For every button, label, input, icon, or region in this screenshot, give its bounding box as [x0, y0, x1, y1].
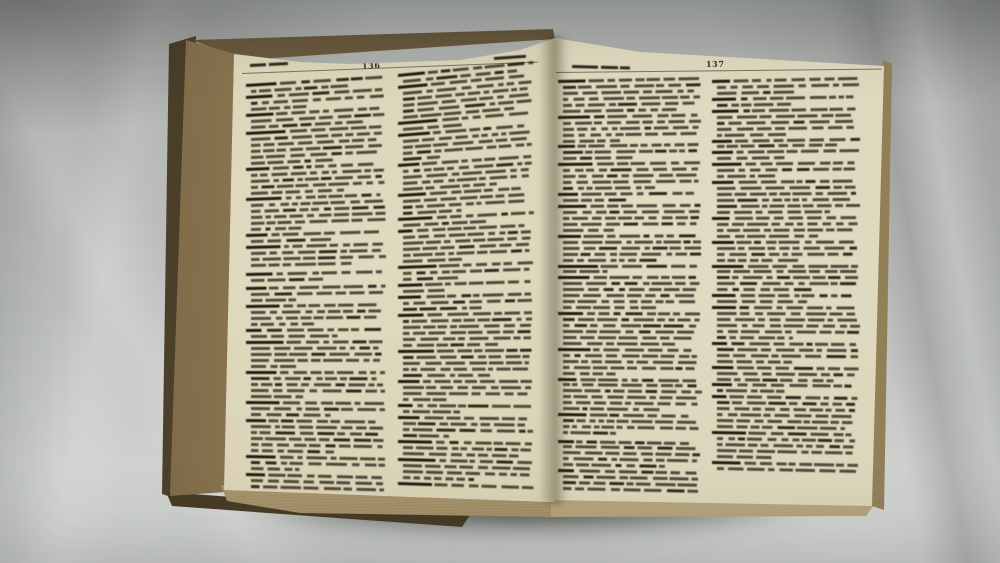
- text-line: [563, 366, 700, 370]
- text-line: [563, 445, 698, 450]
- text-line: [251, 226, 310, 230]
- text-line: [563, 156, 633, 159]
- text-line: [563, 419, 700, 424]
- text-line: [717, 192, 860, 196]
- text-line: [558, 264, 700, 267]
- text-line: [558, 378, 699, 382]
- text-line: [251, 322, 318, 325]
- text-line: [717, 83, 859, 88]
- text-line: [563, 306, 656, 309]
- text-line: [717, 210, 830, 213]
- text-line: [398, 440, 532, 445]
- text-line: [717, 175, 781, 178]
- text-line: [563, 132, 697, 137]
- text-line: [251, 309, 381, 313]
- text-line: [717, 300, 807, 303]
- text-line: [398, 404, 534, 408]
- text-line: [251, 413, 331, 416]
- text-line: [251, 359, 384, 362]
- text-line: [563, 395, 702, 399]
- text-line: [403, 289, 449, 293]
- text-line: [251, 255, 386, 261]
- text-line: [717, 336, 793, 339]
- text-line: [246, 340, 383, 343]
- text-line: [246, 243, 383, 249]
- text-line: [563, 246, 702, 249]
- text-line: [251, 449, 334, 453]
- text-line: [563, 425, 699, 430]
- text-line: [251, 467, 300, 471]
- text-line: [563, 229, 614, 232]
- text-line: [403, 410, 460, 413]
- text-line: [251, 262, 352, 267]
- text-line: [717, 198, 855, 202]
- guide-word-left-blurred: [250, 62, 288, 67]
- text-line: [558, 113, 698, 118]
- text-line: [398, 380, 532, 383]
- text-line: [251, 443, 383, 448]
- text-line: [251, 407, 385, 411]
- text-line: [403, 249, 530, 257]
- text-line: [251, 389, 385, 392]
- text-line: [251, 291, 384, 296]
- text-line: [712, 180, 855, 184]
- text-line: [251, 316, 385, 320]
- text-line: [712, 137, 860, 142]
- text-line: [717, 354, 858, 358]
- text-line: [717, 157, 788, 160]
- text-line: [251, 383, 383, 386]
- text-line: [563, 288, 698, 291]
- text-line: [246, 285, 386, 290]
- text-line: [558, 192, 697, 196]
- text-line: [717, 360, 792, 363]
- text-line: [717, 113, 858, 118]
- text-line: [712, 461, 860, 467]
- text-line: [563, 216, 699, 220]
- text-line: [717, 378, 834, 382]
- text-line: [563, 481, 701, 486]
- text-line: [712, 107, 856, 112]
- text-line: [398, 292, 531, 298]
- text-line: [563, 360, 701, 364]
- text-line: [403, 446, 531, 451]
- text-line: [246, 76, 385, 87]
- text-line: [717, 276, 859, 279]
- text-line: [251, 479, 383, 485]
- text-line: [717, 119, 856, 124]
- text-line: [563, 108, 677, 113]
- text-line: [251, 158, 333, 164]
- text-line: [717, 419, 857, 424]
- text-line: [563, 300, 699, 303]
- text-line: [403, 336, 531, 340]
- text-line: [246, 230, 384, 236]
- text-line: [712, 431, 860, 436]
- text-line: [403, 276, 465, 281]
- text-line: [558, 162, 700, 166]
- page-number-right: 137: [706, 60, 725, 68]
- text-line: [563, 95, 700, 100]
- text-line: [251, 461, 385, 466]
- text-line: [717, 102, 791, 106]
- text-line: [717, 318, 857, 321]
- text-line: [403, 464, 530, 470]
- text-line: [563, 451, 700, 456]
- text-line: [563, 487, 698, 492]
- text-line: [403, 268, 530, 275]
- gutter-shadow: [539, 36, 569, 504]
- text-line: [717, 443, 856, 448]
- text-line: [403, 355, 530, 359]
- text-line: [246, 270, 382, 275]
- text-line: [712, 77, 859, 83]
- guide-word-right-blurred: [830, 56, 858, 60]
- text-line: [717, 455, 776, 459]
- text-line: [712, 149, 859, 154]
- text-line: [558, 143, 699, 148]
- text-line: [563, 168, 698, 172]
- text-line: [251, 346, 386, 349]
- text-line: [563, 383, 697, 387]
- text-line: [717, 407, 859, 412]
- text-line: [558, 77, 701, 83]
- text-line: [563, 463, 665, 467]
- text-line: [398, 482, 534, 489]
- text-line: [717, 312, 855, 315]
- text-line: [403, 470, 530, 476]
- text-line: [712, 395, 858, 400]
- text-line: [563, 119, 701, 124]
- text-line: [712, 294, 856, 297]
- text-line: [398, 458, 532, 464]
- text-line: [563, 101, 699, 106]
- text-line: [717, 168, 859, 172]
- text-line: [717, 228, 859, 231]
- text-line: [251, 218, 386, 225]
- text-line: [403, 361, 529, 364]
- text-line: [251, 395, 303, 398]
- text-line: [717, 144, 837, 148]
- text-line: [251, 425, 383, 429]
- text-line: [563, 324, 701, 327]
- text-line: [717, 348, 858, 352]
- text-line: [246, 401, 385, 405]
- text-line: [563, 318, 700, 321]
- text-line: [246, 473, 382, 479]
- text-line: [251, 298, 296, 301]
- text-line: [251, 105, 307, 111]
- text-line: [403, 318, 532, 323]
- text-line: [563, 330, 698, 333]
- text-line: [563, 174, 697, 178]
- text-line: [403, 386, 532, 389]
- text-line: [563, 407, 664, 411]
- text-line: [717, 246, 857, 249]
- text-line: [717, 132, 791, 136]
- text-line: [712, 383, 855, 387]
- text-line: [563, 294, 699, 297]
- text-line: [251, 365, 299, 368]
- text-line: [403, 374, 490, 377]
- text-line: [563, 186, 655, 189]
- text-line: [563, 252, 701, 255]
- text-line: [563, 83, 701, 88]
- photo-open-dictionary-on-fabric: 136 137: [0, 0, 1000, 563]
- text-line: [398, 416, 530, 420]
- text-line: [563, 139, 620, 142]
- text-line: [403, 434, 449, 437]
- text-line: [717, 413, 858, 418]
- text-line: [712, 264, 860, 267]
- text-line: [563, 270, 608, 273]
- text-line: [246, 371, 385, 374]
- text-line: [563, 89, 699, 94]
- text-line: [246, 419, 381, 423]
- text-line: [563, 372, 616, 375]
- text-line: [563, 198, 634, 201]
- text-line: [403, 392, 532, 395]
- guide-word-right-blurred: [494, 55, 526, 61]
- text-line: [717, 449, 856, 454]
- text-line: [712, 162, 858, 166]
- text-line: [251, 377, 383, 380]
- text-line: [717, 437, 855, 442]
- text-line: [558, 440, 697, 445]
- text-line: [717, 186, 856, 190]
- text-line: [717, 90, 796, 94]
- text-line: [563, 240, 701, 243]
- text-line: [717, 401, 855, 405]
- text-line: [251, 277, 323, 281]
- text-line: [563, 282, 700, 285]
- text-line: [251, 238, 336, 243]
- text-line: [717, 330, 859, 333]
- text-line: [717, 324, 860, 327]
- text-line: [717, 222, 859, 225]
- text-line: [563, 389, 702, 393]
- text-line: [563, 401, 698, 405]
- text-line: [712, 342, 856, 346]
- text-line: [403, 398, 452, 401]
- text-line: [251, 181, 385, 189]
- text-line: [717, 252, 857, 255]
- text-line: [403, 476, 474, 481]
- text-line: [558, 413, 698, 417]
- text-line: [403, 155, 445, 161]
- text-line: [717, 125, 858, 130]
- text-line: [246, 303, 385, 307]
- text-line: [398, 349, 532, 353]
- text-line: [246, 455, 385, 460]
- text-line: [717, 270, 858, 273]
- text-line: [251, 334, 343, 337]
- text-line: [717, 204, 860, 208]
- text-line: [563, 475, 698, 480]
- text-line: [563, 354, 697, 358]
- text-line: [251, 485, 384, 491]
- text-line: [558, 234, 701, 237]
- text-line: [717, 288, 812, 291]
- text-line: [403, 306, 482, 310]
- text-line: [558, 276, 696, 279]
- text-line: [563, 210, 702, 214]
- text-line: [712, 95, 855, 100]
- text-line: [403, 428, 533, 432]
- text-line: [712, 240, 854, 243]
- text-line: [717, 282, 856, 285]
- text-line: [563, 258, 657, 261]
- text-line: [563, 222, 697, 225]
- text-line: [403, 258, 464, 263]
- text-line: [717, 425, 845, 430]
- text-line: [403, 330, 533, 335]
- text-line: [712, 306, 858, 309]
- text-line: [563, 431, 625, 435]
- text-line: [251, 353, 382, 356]
- text-line: [712, 366, 859, 370]
- text-line: [398, 280, 531, 287]
- text-line: [717, 467, 860, 473]
- text-line: [563, 336, 697, 339]
- text-line: [246, 328, 383, 332]
- text-line: [563, 342, 675, 345]
- text-line: [403, 452, 519, 457]
- text-line: [563, 125, 702, 130]
- text-line: [712, 216, 856, 219]
- text-line: [717, 389, 790, 393]
- text-line: [563, 180, 699, 184]
- text-line: [403, 209, 463, 215]
- guide-word-left-blurred: [572, 65, 630, 70]
- text-line: [403, 422, 532, 426]
- text-line: [558, 204, 701, 208]
- text-line: [251, 437, 384, 442]
- text-line: [717, 372, 855, 376]
- text-line: [563, 150, 697, 154]
- text-line: [558, 312, 702, 315]
- text-line: [398, 311, 532, 316]
- text-line: [251, 188, 348, 194]
- text-line: [403, 343, 504, 347]
- text-line: [251, 249, 381, 255]
- text-line: [563, 457, 697, 462]
- text-line: [251, 431, 386, 436]
- text-line: [403, 299, 532, 305]
- text-line: [717, 234, 819, 237]
- text-line: [717, 258, 798, 261]
- text-line: [403, 324, 531, 329]
- text-line: [403, 367, 529, 370]
- text-line: [558, 348, 697, 352]
- text-line: [558, 469, 697, 474]
